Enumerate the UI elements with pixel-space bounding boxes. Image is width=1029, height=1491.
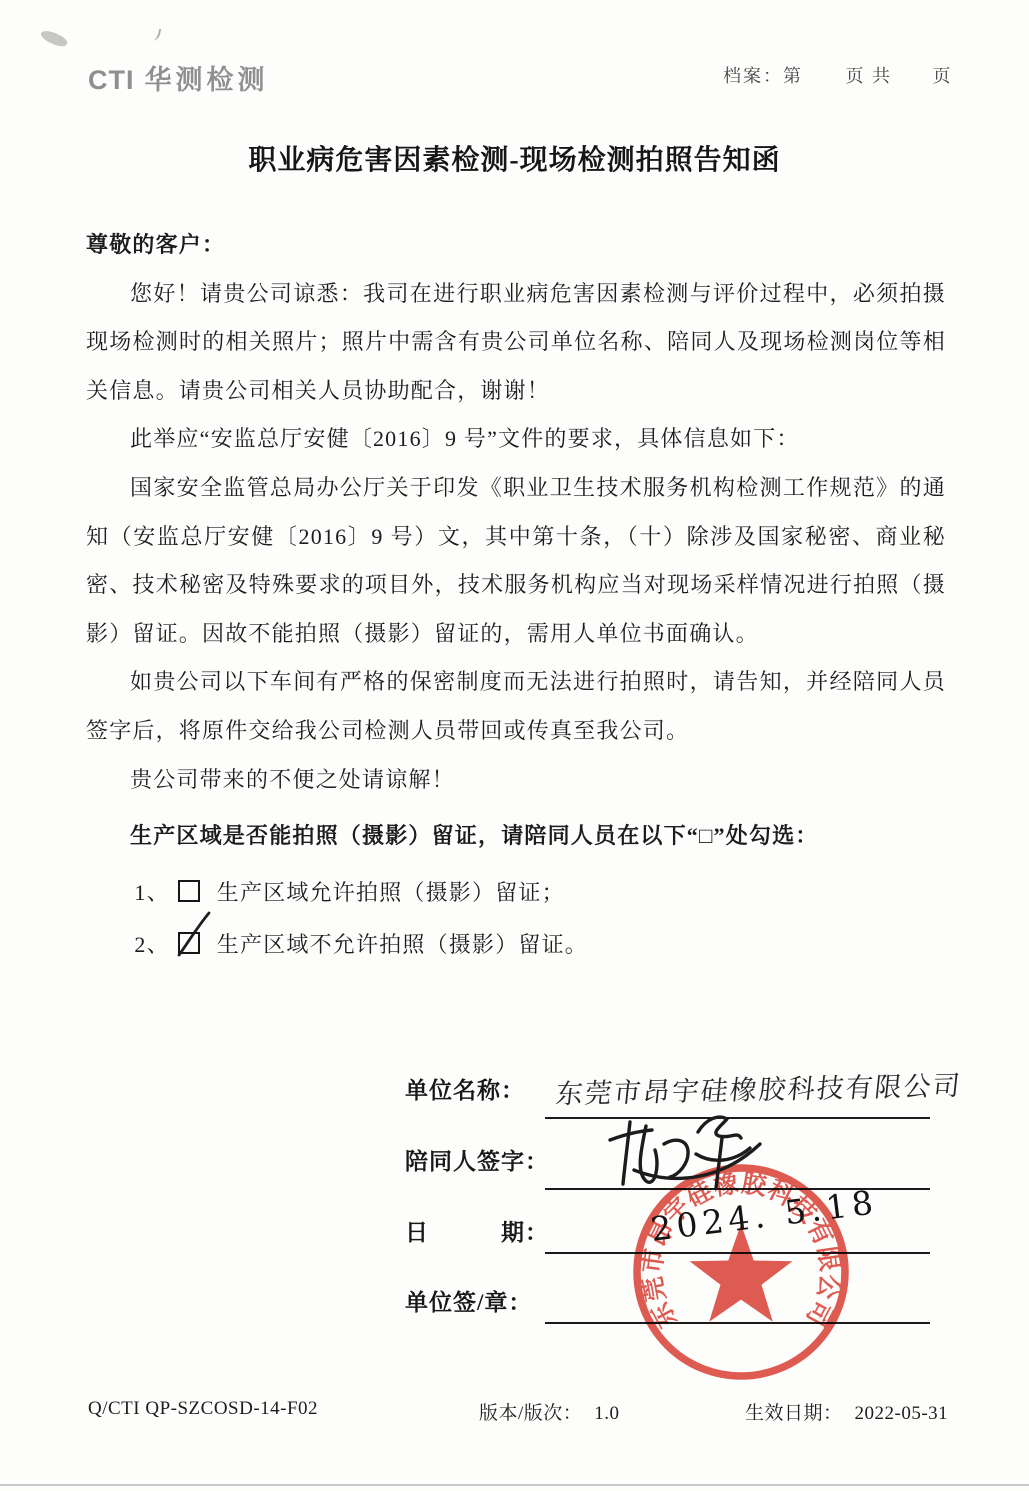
field-label-company-name: 单位名称： (405, 1072, 525, 1105)
checkbox-disallow (178, 932, 201, 955)
option-1-number: 1、 (134, 880, 169, 905)
paragraph-4: 如贵公司以下车间有严格的保密制度而无法进行拍照时，请告知，并经陪同人员签字后，将… (86, 658, 946, 755)
option-row-allow: 1、生产区域允许拍照（摄影）留证； (86, 867, 946, 919)
option-row-disallow: 2、生产区域不允许拍照（摄影）留证。 (86, 919, 946, 971)
footer-version-value: 1.0 (594, 1403, 619, 1424)
scan-pen-mark (149, 27, 161, 42)
footer-document-number: Q/CTI QP-SZCOSD-14-F02 (88, 1398, 318, 1420)
handwritten-signature (600, 1110, 775, 1198)
checkbox-allow (178, 880, 201, 903)
field-label-date: 日 期： (405, 1214, 549, 1247)
footer-effective-label: 生效日期： (745, 1403, 843, 1424)
scan-bottom-edge (0, 1484, 1029, 1486)
checklist-intro: 生产区域是否能拍照（摄影）留证，请陪同人员在以下“□”处勾选： (86, 812, 946, 861)
archive-prefix: 档案：第 (723, 66, 803, 86)
document-body: 尊敬的客户： 您好！请贵公司谅悉：我司在进行职业病危害因素检测与评价过程中，必须… (86, 221, 946, 971)
paragraph-5: 贵公司带来的不便之处请谅解！ (86, 756, 946, 805)
field-label-unit-seal: 单位签/章： (405, 1284, 532, 1317)
cti-logo-text: CTI (88, 65, 135, 95)
archive-suffix: 页 (933, 66, 953, 86)
salutation: 尊敬的客户： (86, 221, 946, 270)
scanned-document-page: CTI华测检测 档案：第 页 共 页 职业病危害因素检测-现场检测拍照告知函 尊… (0, 0, 1029, 1491)
archive-mid: 页 共 (846, 66, 893, 86)
handwritten-check-mark (173, 910, 215, 958)
archive-page-field: 档案：第 页 共 页 (723, 62, 953, 88)
footer-effective-value: 2022-05-31 (855, 1403, 949, 1424)
footer-version: 版本/版次：1.0 (479, 1398, 620, 1425)
field-label-accompany-signature: 陪同人签字： (405, 1143, 549, 1176)
footer-version-label: 版本/版次： (479, 1403, 582, 1424)
paragraph-1: 您好！请贵公司谅悉：我司在进行职业病危害因素检测与评价过程中，必须拍摄现场检测时… (86, 270, 946, 416)
cti-logo: CTI华测检测 (88, 58, 269, 97)
footer-effective-date: 生效日期：2022-05-31 (745, 1398, 948, 1425)
option-1-label: 生产区域允许拍照（摄影）留证； (217, 880, 565, 905)
cti-logo-chinese: 华测检测 (145, 65, 269, 95)
handwritten-company-name: 东莞市昂宇硅橡胶科技有限公司 (554, 1064, 964, 1112)
checkbox-allow-box (178, 880, 200, 902)
option-2-number: 2、 (134, 932, 169, 957)
document-title: 职业病危害因素检测-现场检测拍照告知函 (0, 138, 1029, 178)
paragraph-2: 此举应“安监总厅安健〔2016〕9 号”文件的要求，具体信息如下： (86, 415, 946, 464)
option-2-label: 生产区域不允许拍照（摄影）留证。 (217, 932, 588, 957)
scan-smudge (39, 27, 69, 49)
paragraph-3: 国家安全监管总局办公厅关于印发《职业卫生技术服务机构检测工作规范》的通知（安监总… (86, 464, 946, 658)
